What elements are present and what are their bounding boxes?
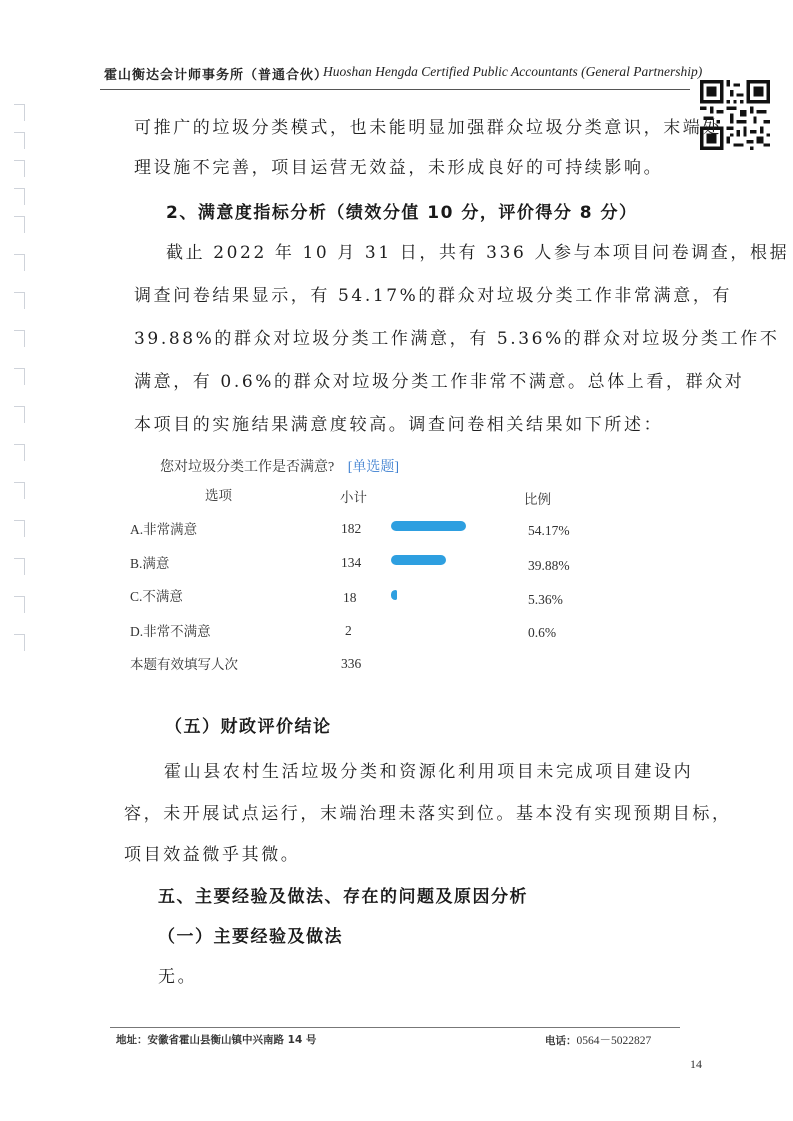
section-five-body: 无。	[158, 962, 197, 987]
satisfaction-heading: 2、满意度指标分析（绩效分值 10 分，评价得分 8 分）	[166, 198, 638, 223]
binding-mark	[14, 406, 25, 423]
total-label: 本题有效填写人次	[130, 653, 238, 673]
binding-mark	[14, 444, 25, 461]
col-header-option: 选项	[205, 484, 232, 504]
header-divider	[100, 89, 690, 90]
conclusion-line-3: 项目效益微乎其微。	[124, 840, 300, 865]
row-option-d: D.非常不满意	[130, 620, 211, 640]
conclusion-line-1: 霍山县农村生活垃圾分类和资源化利用项目未完成项目建设内	[164, 757, 693, 782]
binding-mark	[14, 104, 25, 121]
binding-mark	[14, 558, 25, 575]
binding-mark	[14, 254, 25, 271]
satisfaction-line-2: 调查问卷结果显示，有 54.17%的群众对垃圾分类工作非常满意，有	[134, 281, 732, 306]
row-bar-a	[391, 521, 466, 531]
section-five-subheading: （一）主要经验及做法	[158, 922, 343, 947]
header-firm-cn: 霍山衡达会计师事务所（普通合伙）	[104, 64, 328, 83]
binding-mark	[14, 188, 25, 205]
binding-mark	[14, 292, 25, 309]
survey-question: 您对垃圾分类工作是否满意? [单选题]	[160, 456, 399, 476]
binding-mark	[14, 520, 25, 537]
intro-line-2: 理设施不完善，项目运营无效益，未形成良好的可持续影响。	[134, 153, 663, 178]
binding-mark	[14, 132, 25, 149]
survey-question-text: 您对垃圾分类工作是否满意?	[160, 460, 334, 475]
footer-tel: 电话：0564－5022827	[545, 1032, 651, 1048]
satisfaction-line-5: 本项目的实施结果满意度较高。调查问卷相关结果如下所述：	[134, 410, 663, 435]
row-ratio-c: 5.36%	[528, 592, 563, 608]
footer-tel-label: 电话：	[545, 1035, 577, 1047]
col-header-count: 小计	[340, 486, 367, 506]
satisfaction-line-1: 截止 2022 年 10 月 31 日，共有 336 人参与本项目问卷调查，根据	[166, 238, 789, 263]
binding-mark	[14, 634, 25, 651]
binding-mark	[14, 330, 25, 347]
footer-address: 地址：安徽省霍山县衡山镇中兴南路 14 号	[116, 1032, 316, 1047]
row-ratio-b: 39.88%	[528, 558, 570, 574]
row-bar-c	[391, 590, 397, 600]
binding-mark	[14, 216, 25, 233]
footer-divider	[110, 1027, 680, 1028]
conclusion-line-2: 容，未开展试点运行，末端治理未落实到位。基本没有实现预期目标，	[124, 799, 732, 824]
row-count-a: 182	[341, 521, 361, 537]
binding-mark	[14, 368, 25, 385]
row-count-b: 134	[341, 555, 361, 571]
satisfaction-line-4: 满意，有 0.6%的群众对垃圾分类工作非常不满意。总体上看，群众对	[134, 367, 744, 392]
row-option-a: A.非常满意	[130, 518, 197, 538]
page-number: 14	[690, 1057, 702, 1072]
row-option-c: C.不满意	[130, 585, 183, 605]
row-ratio-a: 54.17%	[528, 523, 570, 539]
binding-mark	[14, 596, 25, 613]
conclusion-heading: （五）财政评价结论	[165, 712, 332, 737]
total-value: 336	[341, 656, 361, 672]
binding-mark	[14, 482, 25, 499]
header-firm-en: Huoshan Hengda Certified Public Accounta…	[323, 64, 702, 80]
row-count-c: 18	[343, 590, 357, 606]
section-five-heading: 五、主要经验及做法、存在的问题及原因分析	[158, 882, 528, 907]
satisfaction-line-3: 39.88%的群众对垃圾分类工作满意，有 5.36%的群众对垃圾分类工作不	[134, 324, 779, 349]
binding-mark	[14, 160, 25, 177]
col-header-ratio: 比例	[524, 488, 551, 508]
row-option-b: B.满意	[130, 552, 169, 572]
intro-line-1: 可推广的垃圾分类模式，也未能明显加强群众垃圾分类意识，末端处	[134, 113, 722, 138]
row-bar-b	[391, 555, 446, 565]
row-ratio-d: 0.6%	[528, 625, 556, 641]
row-count-d: 2	[345, 623, 352, 639]
survey-type-tag: [单选题]	[348, 460, 399, 475]
footer-tel-value: 0564－5022827	[577, 1035, 652, 1047]
